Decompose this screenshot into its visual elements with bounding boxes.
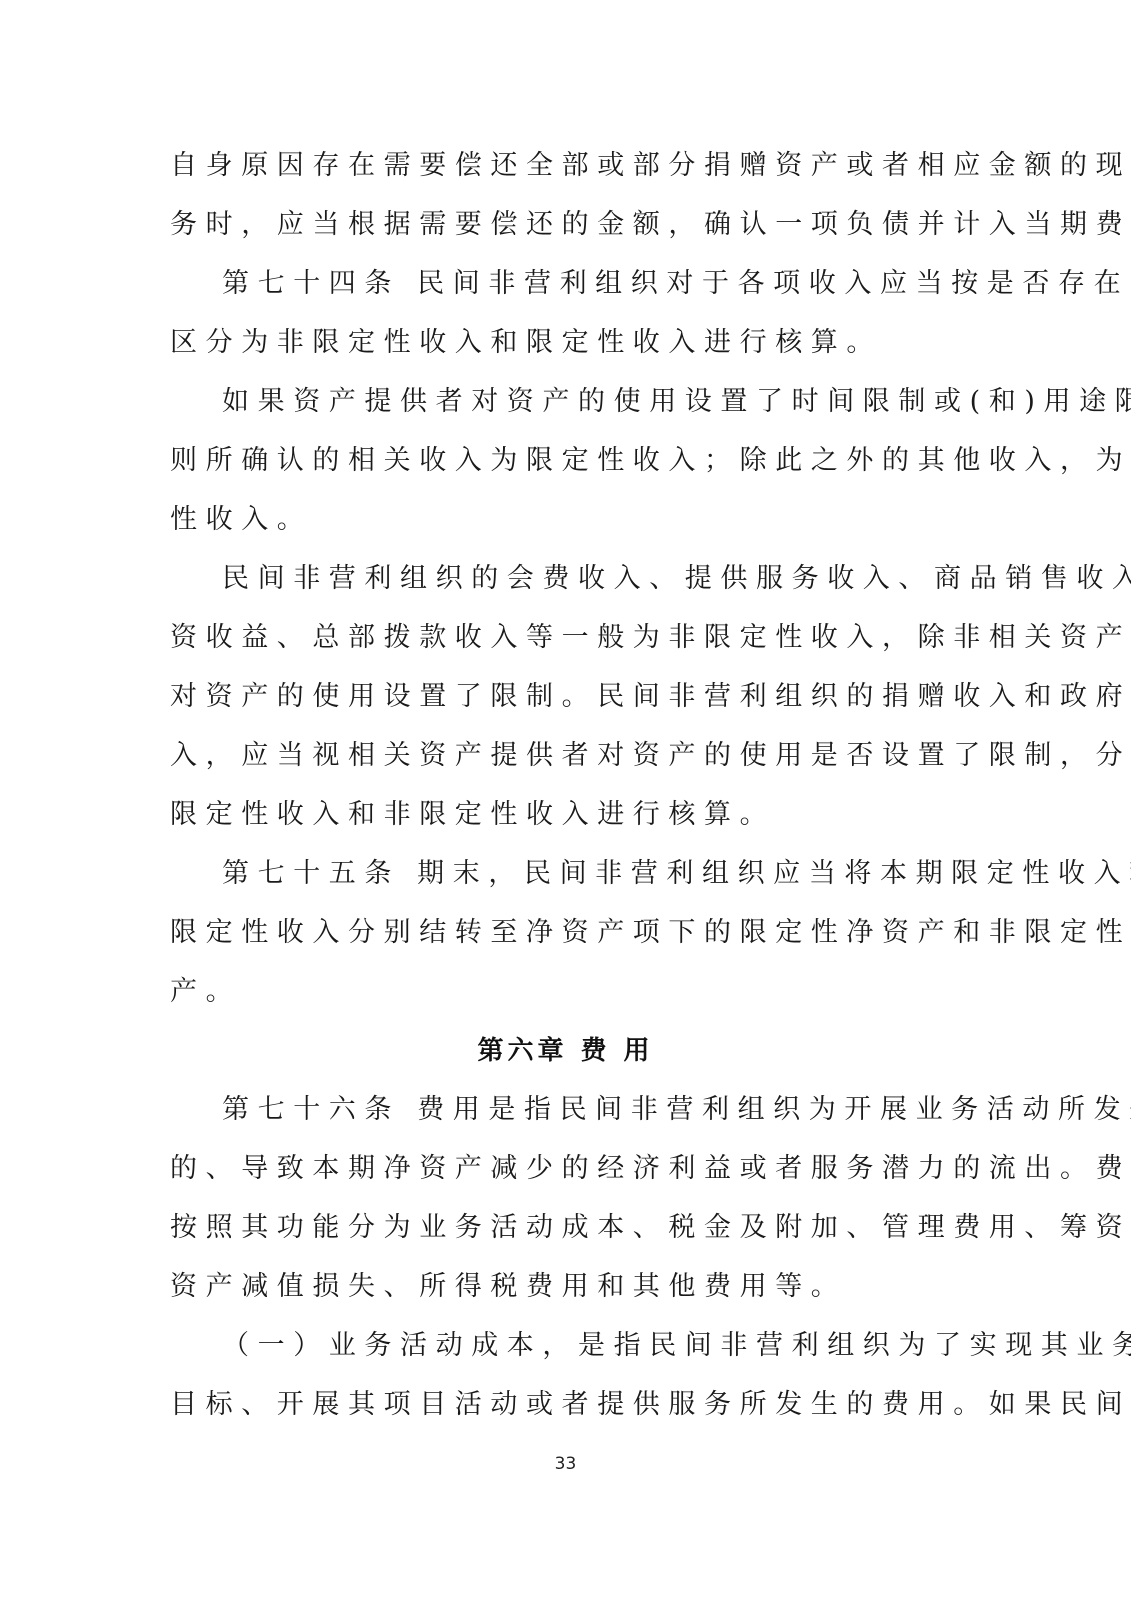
text-line: 资收益、总部拨款收入等一般为非限定性收入，除非相关资产提供者 <box>170 618 960 658</box>
text-line: 性收入。 <box>170 500 960 540</box>
text-line: 产。 <box>170 972 960 1012</box>
document-page: 自身原因存在需要偿还全部或部分捐赠资产或者相应金额的现时义 务时，应当根据需要偿… <box>0 0 1131 1600</box>
text-line: 资产减值损失、所得税费用和其他费用等。 <box>170 1267 960 1307</box>
text-line: 则所确认的相关收入为限定性收入；除此之外的其他收入，为非限定 <box>170 441 960 481</box>
text-line: 对资产的使用设置了限制。民间非营利组织的捐赠收入和政府补助收 <box>170 677 960 717</box>
text-line: 的、导致本期净资产减少的经济利益或者服务潜力的流出。费用应当 <box>170 1149 960 1189</box>
text-line: 入，应当视相关资产提供者对资产的使用是否设置了限制，分别记入 <box>170 736 960 776</box>
item-one-line: （一）业务活动成本，是指民间非营利组织为了实现其业务活动 <box>222 1326 960 1366</box>
article-74-line: 第七十四条 民间非营利组织对于各项收入应当按是否存在限定 <box>222 264 960 304</box>
text-line: 按照其功能分为业务活动成本、税金及附加、管理费用、筹资费用、 <box>170 1208 960 1248</box>
chapter-heading: 第六章 费 用 <box>0 1031 1131 1071</box>
page-number: 33 <box>0 1454 1131 1474</box>
text-line: 目标、开展其项目活动或者提供服务所发生的费用。如果民间非营利 <box>170 1385 960 1425</box>
article-75-line: 第七十五条 期末，民间非营利组织应当将本期限定性收入和非 <box>222 854 960 894</box>
paragraph-start-line: 如果资产提供者对资产的使用设置了时间限制或(和)用途限制， <box>222 382 960 422</box>
text-line: 限定性收入分别结转至净资产项下的限定性净资产和非限定性净资 <box>170 913 960 953</box>
article-76-line: 第七十六条 费用是指民间非营利组织为开展业务活动所发生 <box>222 1090 960 1130</box>
text-line: 务时，应当根据需要偿还的金额，确认一项负债并计入当期费用。 <box>170 205 960 245</box>
paragraph-start-line: 民间非营利组织的会费收入、提供服务收入、商品销售收入、投 <box>222 559 960 599</box>
text-line: 自身原因存在需要偿还全部或部分捐赠资产或者相应金额的现时义 <box>170 146 960 186</box>
text-line: 区分为非限定性收入和限定性收入进行核算。 <box>170 323 960 363</box>
text-line: 限定性收入和非限定性收入进行核算。 <box>170 795 960 835</box>
